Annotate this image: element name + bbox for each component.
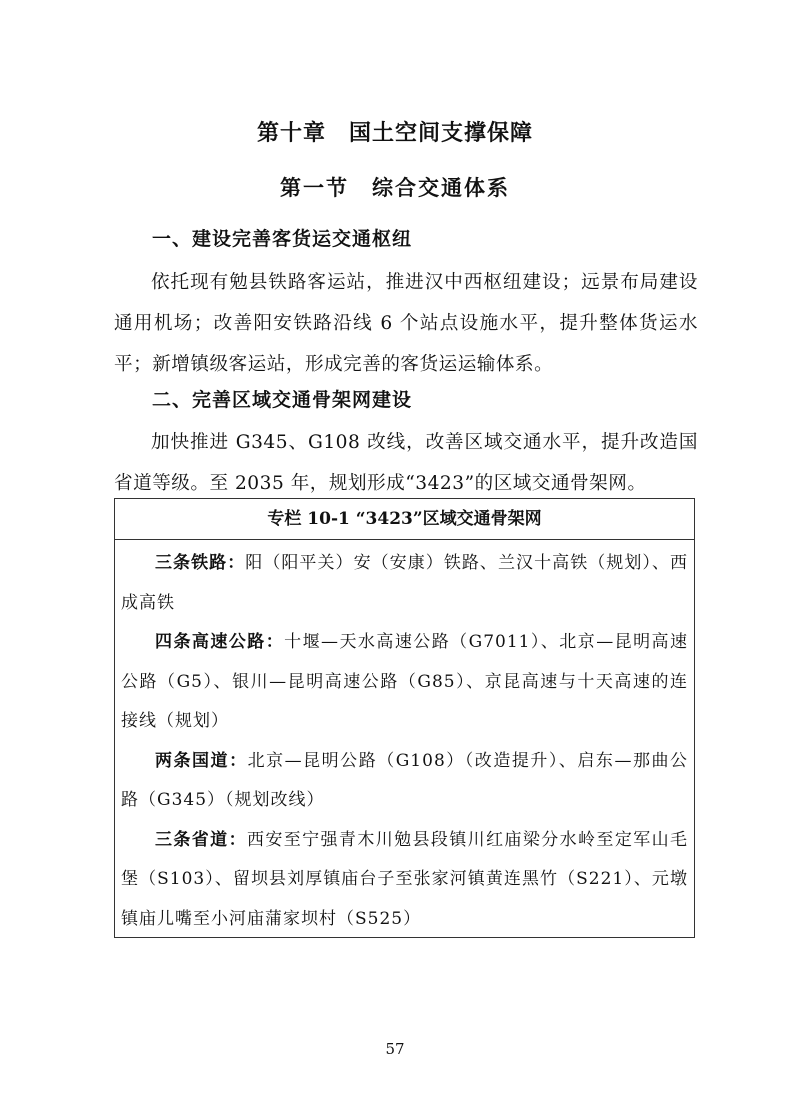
box-item-national-roads: 两条国道：北京—昆明公路（G108）（改造提升）、启东—那曲公路（G345）（规… — [121, 742, 688, 821]
box-item-label: 三条铁路： — [155, 553, 245, 573]
section-title: 第一节 综合交通体系 — [0, 172, 790, 202]
chapter-title: 第十章 国土空间支撑保障 — [0, 116, 790, 147]
subsection-heading-2: 二、完善区域交通骨架网建设 — [152, 385, 412, 412]
feature-box-body: 三条铁路：阳（阳平关）安（安康）铁路、兰汉十高铁（规划）、西成高铁 四条高速公路… — [115, 540, 694, 939]
subsection-paragraph-2: 加快推进 G345、G108 改线，改善区域交通水平，提升改造国省道等级。至 2… — [114, 422, 698, 504]
page-number: 57 — [0, 1040, 790, 1058]
box-item-railways: 三条铁路：阳（阳平关）安（安康）铁路、兰汉十高铁（规划）、西成高铁 — [121, 544, 688, 623]
feature-box: 专栏 10-1 “3423”区域交通骨架网 三条铁路：阳（阳平关）安（安康）铁路… — [114, 498, 695, 938]
box-item-label: 两条国道： — [155, 751, 248, 771]
box-item-label: 四条高速公路： — [155, 632, 284, 652]
box-item-label: 三条省道： — [155, 830, 247, 850]
box-item-provincial-roads: 三条省道：西安至宁强青木川勉县段镇川红庙梁分水岭至定军山毛堡（S103）、留坝县… — [121, 821, 688, 940]
box-item-expressways: 四条高速公路：十堰—天水高速公路（G7011）、北京—昆明高速公路（G5）、银川… — [121, 623, 688, 742]
feature-box-title: 专栏 10-1 “3423”区域交通骨架网 — [115, 499, 694, 540]
subsection-paragraph-1: 依托现有勉县铁路客运站，推进汉中西枢纽建设；远景布局建设通用机场；改善阳安铁路沿… — [114, 262, 698, 385]
subsection-heading-1: 一、建设完善客货运交通枢纽 — [152, 224, 412, 251]
